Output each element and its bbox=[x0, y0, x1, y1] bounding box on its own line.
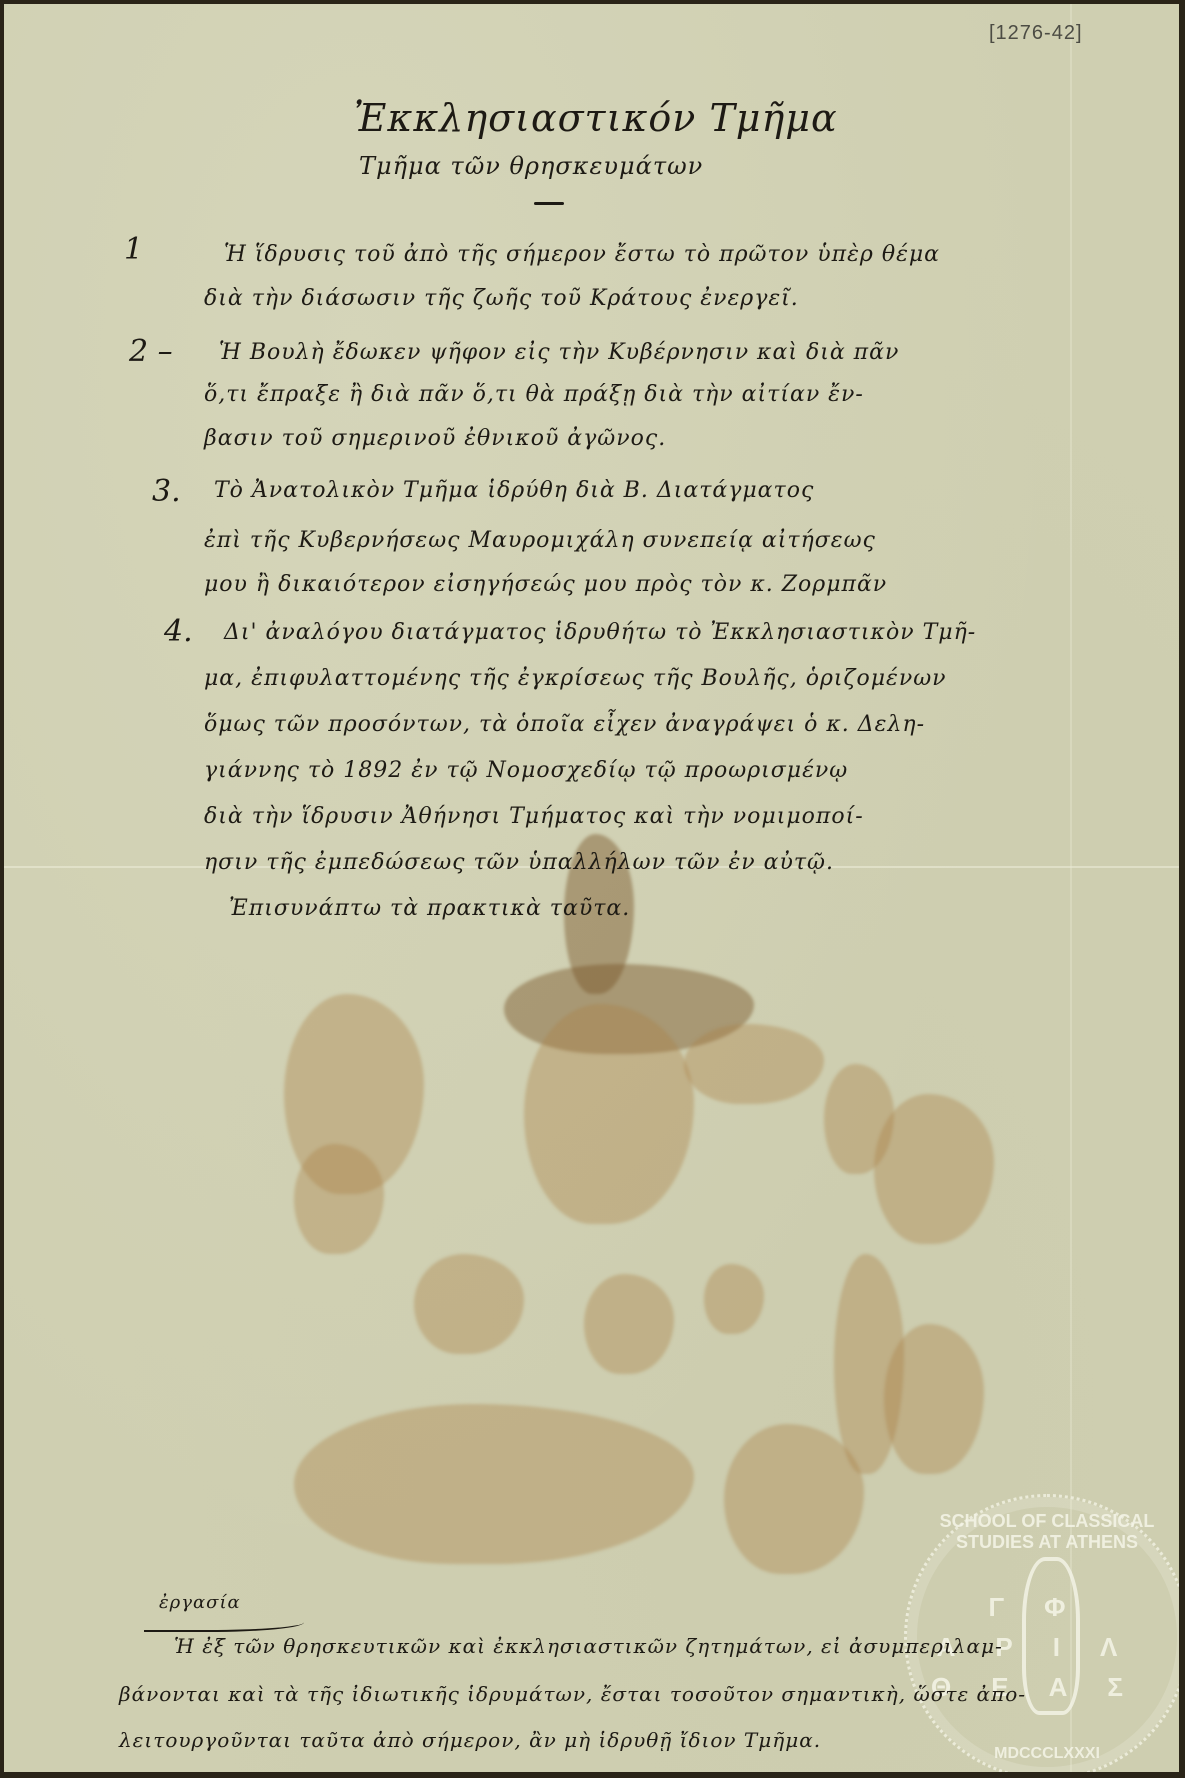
stain bbox=[524, 1004, 694, 1224]
item-4-line: Δι' ἀναλόγου διατάγματος ἱδρυθήτω τὸ Ἐκκ… bbox=[224, 620, 976, 645]
item-4-line: μα, ἐπιφυλαττομένης τῆς ἐγκρίσεως τῆς Βο… bbox=[204, 666, 947, 691]
seal-top-text: SCHOOL OF CLASSICAL STUDIES AT ATHENS bbox=[907, 1511, 1179, 1553]
item-number: 2 – bbox=[129, 334, 173, 369]
label-underline bbox=[144, 1616, 304, 1632]
item-number: 1 bbox=[124, 232, 143, 267]
stain bbox=[704, 1264, 764, 1334]
document-title: Ἐκκλησιαστικόν Τμῆμα bbox=[354, 96, 838, 140]
seal-bottom-text: MDCCCLXXXI bbox=[907, 1745, 1179, 1763]
archive-number: [1276-42] bbox=[989, 22, 1083, 45]
footer-note-label: ἐργασία bbox=[159, 1592, 241, 1613]
item-2-line: βασιν τοῦ σημερινοῦ ἐθνικοῦ ἀγῶνος. bbox=[204, 426, 666, 451]
stain bbox=[684, 1024, 824, 1104]
item-3-line: ἐπὶ τῆς Κυβερνήσεως Μαυρομιχάλη συνεπείᾳ… bbox=[204, 528, 876, 553]
item-2-line: Ἡ Βουλὴ ἔδωκεν ψῆφον εἰς τὴν Κυβέρνησιν … bbox=[219, 340, 899, 365]
item-3-line: Τὸ Ἀνατολικὸν Τμῆμα ἱδρύθη διὰ Β. Διατάγ… bbox=[214, 478, 814, 503]
footer-note-line: Ἡ ἐξ τῶν θρησκευτικῶν καὶ ἐκκλησιαστικῶν… bbox=[174, 1634, 1003, 1658]
separator-dash bbox=[534, 202, 564, 205]
watermark-seal: SCHOOL OF CLASSICAL STUDIES AT ATHENS ΓΦ… bbox=[904, 1494, 1179, 1772]
item-4-line: ησιν τῆς ἐμπεδώσεως τῶν ὑπαλλήλων τῶν ἐν… bbox=[204, 850, 834, 875]
item-1-line: Ἡ ἵδρυσις τοῦ ἀπὸ τῆς σήμερον ἔστω τὸ πρ… bbox=[224, 242, 940, 267]
document-subtitle: Τμῆμα τῶν θρησκευμάτων bbox=[359, 152, 703, 180]
stain bbox=[414, 1254, 524, 1354]
stain bbox=[294, 1144, 384, 1254]
stain bbox=[884, 1324, 984, 1474]
stain bbox=[584, 1274, 674, 1374]
item-number: 4. bbox=[164, 614, 193, 649]
stain bbox=[294, 1404, 694, 1564]
item-2-line: ὅ,τι ἔπραξε ἢ διὰ πᾶν ὅ,τι θὰ πράξῃ διὰ … bbox=[204, 382, 864, 407]
item-3-line: μου ἢ δικαιότερον εἰσηγήσεώς μου πρὸς τὸ… bbox=[204, 572, 887, 597]
item-4-line: γιάννης τὸ 1892 ἐν τῷ Νομοσχεδίῳ τῷ προω… bbox=[204, 758, 848, 783]
stain bbox=[874, 1094, 994, 1244]
item-4-line: Ἐπισυνάπτω τὰ πρακτικὰ ταῦτα. bbox=[229, 896, 630, 921]
item-1-line: διὰ τὴν διάσωσιν τῆς ζωῆς τοῦ Κράτους ἐν… bbox=[204, 286, 799, 311]
item-number: 3. bbox=[152, 474, 181, 509]
manuscript-page: [1276-42] Ἐκκλησιαστικόν Τμῆμα Τμῆμα τῶν… bbox=[4, 4, 1179, 1772]
item-4-line: ὅμως τῶν προσόντων, τὰ ὁποῖα εἶχεν ἀναγρ… bbox=[204, 712, 925, 737]
item-4-line: διὰ τὴν ἵδρυσιν Ἀθήνησι Τμήματος καὶ τὴν… bbox=[204, 804, 864, 829]
footer-note-line: λειτουργοῦνται ταῦτα ἀπὸ σήμερον, ἂν μὴ … bbox=[119, 1728, 821, 1752]
stain bbox=[724, 1424, 864, 1574]
footer-note-line: βάνονται καὶ τὰ τῆς ἰδιωτικῆς ἱδρυμάτων,… bbox=[119, 1682, 1026, 1706]
